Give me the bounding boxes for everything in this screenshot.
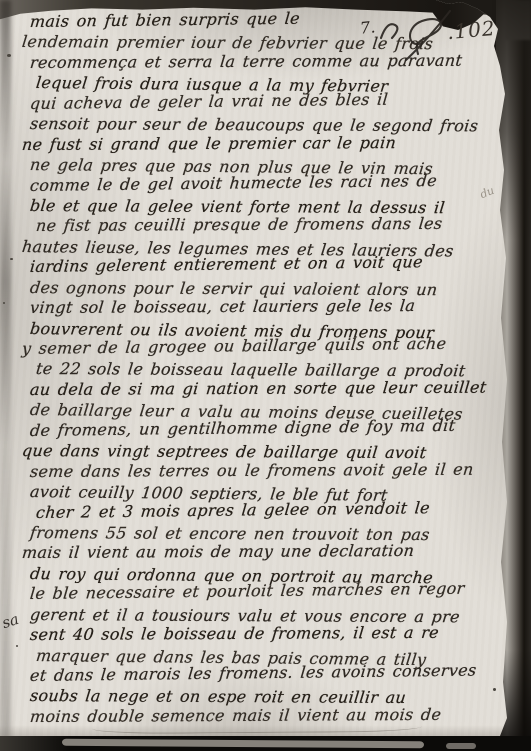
manuscript-line: mais il vient au mois de may une declara… [21,541,501,564]
manuscript-line: sent 40 sols le boisseau de fromens, il … [29,623,501,646]
scanned-manuscript-page: mais on fut bien surpris que lelendemain… [0,0,531,751]
manuscript-line: au dela de si ma gi nation en sorte que … [29,377,501,400]
scan-speck [493,688,496,691]
paraph-flourish-icon [378,8,456,62]
manuscript-line: iardins gelerent entierement et on a voi… [29,252,501,278]
manuscript-line: ne fist pas ceuilli presque de fromens d… [35,214,501,237]
scan-speck [7,54,11,57]
manuscript-line: seme dans les terres ou le fromens avoit… [29,459,501,482]
pencil-arc-mark [92,721,422,734]
manuscript-line: le ble necessaire et pourloit les marche… [29,579,501,605]
corner-mark: 7. [359,17,376,37]
manuscript-text: mais on fut bien surpris que lelendemain… [30,12,500,727]
scan-speck [3,302,5,304]
scan-speck [10,258,13,260]
next-page-edge-fragment [446,743,476,749]
manuscript-line: ne fust si grand que le premier car le p… [21,132,501,155]
left-margin-note: sa [0,610,21,632]
next-page-edge [62,739,424,749]
scan-bottom-band [0,736,531,751]
scan-speck [16,645,18,647]
manuscript-line: et dans le marois les fromens. les avoin… [29,660,501,686]
page-number-value: 102 [453,16,496,43]
manuscript-paper: mais on fut bien surpris que lelendemain… [0,0,509,741]
page-number: .102 [446,16,496,44]
manuscript-line: vingt sol le boisseau, cet lauriers gele… [29,296,501,319]
